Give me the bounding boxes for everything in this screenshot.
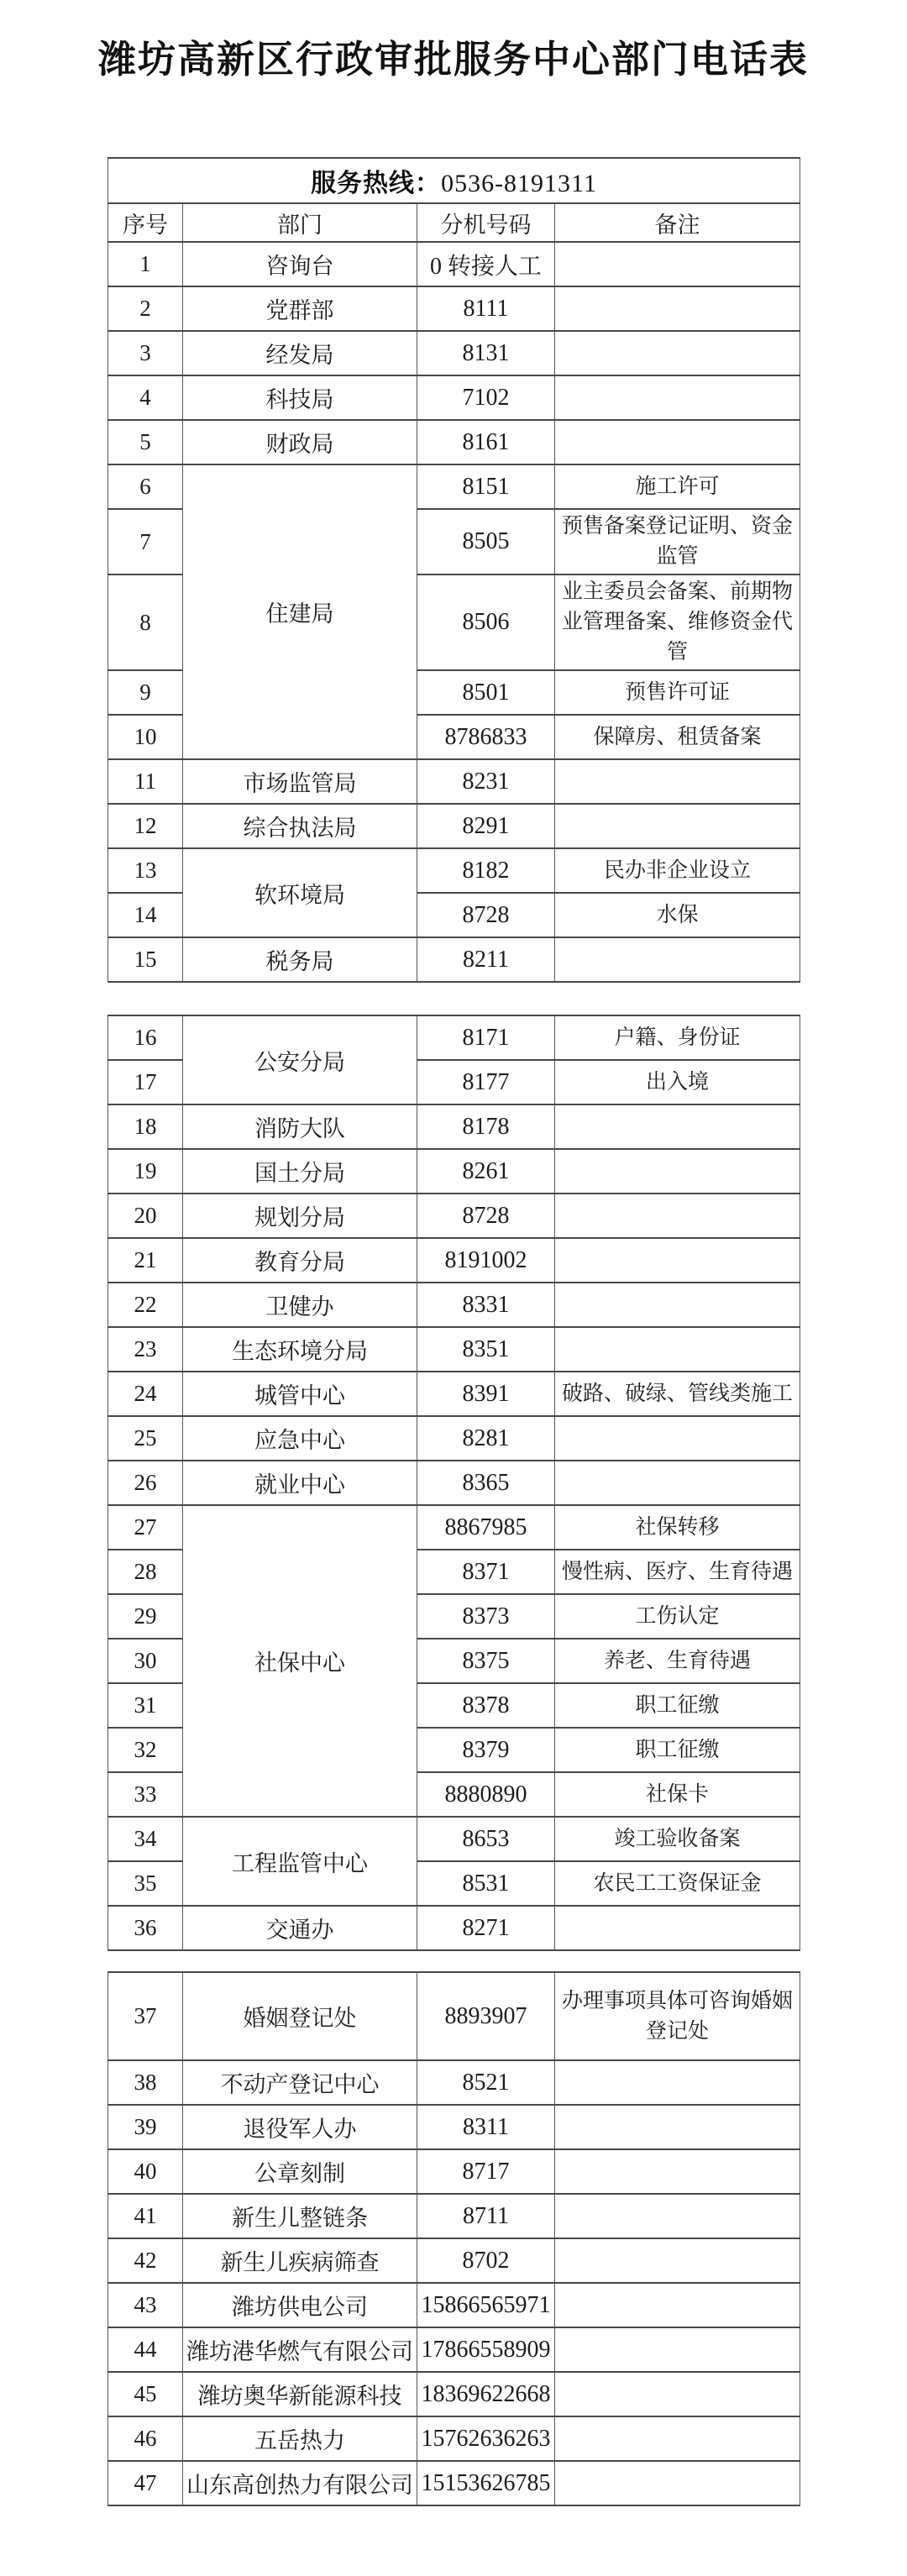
extension-cell: 15153626785 <box>417 2461 555 2505</box>
remark-cell <box>555 1238 800 1283</box>
department-cell: 婚姻登记处 <box>183 1972 417 2060</box>
remark-cell: 职工征缴 <box>555 1728 800 1772</box>
remark-cell: 工伤认定 <box>555 1594 800 1639</box>
row-number-cell: 26 <box>108 1461 183 1505</box>
department-cell: 工程监管中心 <box>183 1817 417 1906</box>
page-title: 潍坊高新区行政审批服务中心部门电话表 <box>0 29 907 83</box>
remark-cell <box>555 1104 800 1149</box>
table-row: 38不动产登记中心8521 <box>108 2060 800 2105</box>
table-row: 36交通办8271 <box>108 1906 800 1950</box>
row-number-cell: 9 <box>108 670 183 715</box>
row-number-cell: 17 <box>108 1060 183 1104</box>
table-row: 47山东高创热力有限公司15153626785 <box>108 2461 800 2505</box>
remark-cell <box>555 1283 800 1327</box>
table-row: 45潍坊奥华新能源科技18369622668 <box>108 2372 800 2416</box>
remark-cell <box>555 1149 800 1194</box>
row-number-cell: 47 <box>108 2461 183 2505</box>
remark-cell: 业主委员会备案、前期物业管理备案、维修资金代管 <box>555 574 800 670</box>
extension-cell: 8151 <box>417 464 555 509</box>
extension-cell: 18369622668 <box>417 2372 555 2416</box>
extension-cell: 8378 <box>417 1683 555 1728</box>
remark-cell <box>555 2327 800 2372</box>
row-number-cell: 23 <box>108 1327 183 1372</box>
phone-table-block-1: 服务热线：0536-8191311 序号 部门 分机号码 备注 1咨询台0 转接… <box>107 157 800 983</box>
extension-cell: 8391 <box>417 1372 555 1416</box>
table-row: 43潍坊供电公司15866565971 <box>108 2283 800 2327</box>
department-cell: 党群部 <box>183 286 417 331</box>
remark-cell: 保障房、租赁备案 <box>555 715 800 759</box>
hotline-number: 0536-8191311 <box>441 170 597 197</box>
row-number-cell: 11 <box>108 759 183 804</box>
extension-cell: 8191002 <box>417 1238 555 1283</box>
department-cell: 应急中心 <box>183 1416 417 1461</box>
row-number-cell: 6 <box>108 464 183 509</box>
remark-cell <box>555 937 800 982</box>
row-number-cell: 12 <box>108 804 183 848</box>
table-row: 22卫健办8331 <box>108 1283 800 1327</box>
extension-cell: 8111 <box>417 286 555 331</box>
row-number-cell: 19 <box>108 1149 183 1194</box>
department-cell: 不动产登记中心 <box>183 2060 417 2105</box>
row-number-cell: 20 <box>108 1194 183 1238</box>
row-number-cell: 10 <box>108 715 183 759</box>
department-cell: 新生儿整链条 <box>183 2194 417 2238</box>
remark-cell <box>555 242 800 286</box>
remark-cell <box>555 2149 800 2194</box>
hotline-row: 服务热线：0536-8191311 <box>108 158 800 203</box>
extension-cell: 8717 <box>417 2149 555 2194</box>
row-number-cell: 33 <box>108 1772 183 1817</box>
remark-cell <box>555 420 800 464</box>
extension-cell: 8281 <box>417 1416 555 1461</box>
remark-cell: 破路、破绿、管线类施工 <box>555 1372 800 1416</box>
extension-cell: 8506 <box>417 574 555 670</box>
block-divider <box>107 1951 800 1971</box>
row-number-cell: 14 <box>108 893 183 937</box>
table-row: 44潍坊港华燃气有限公司17866558909 <box>108 2327 800 2372</box>
remark-cell <box>555 286 800 331</box>
extension-cell: 17866558909 <box>417 2327 555 2372</box>
remark-cell: 民办非企业设立 <box>555 848 800 893</box>
row-number-cell: 16 <box>108 1015 183 1060</box>
extension-cell: 8505 <box>417 509 555 574</box>
extension-cell: 7102 <box>417 375 555 420</box>
remark-cell <box>555 2416 800 2461</box>
row-number-cell: 45 <box>108 2372 183 2416</box>
department-cell: 退役军人办 <box>183 2105 417 2149</box>
department-cell: 潍坊奥华新能源科技 <box>183 2372 417 2416</box>
extension-cell: 8182 <box>417 848 555 893</box>
row-number-cell: 40 <box>108 2149 183 2194</box>
extension-cell: 8261 <box>417 1149 555 1194</box>
table-row: 6住建局8151施工许可 <box>108 464 800 509</box>
department-cell: 综合执法局 <box>183 804 417 848</box>
extension-cell: 8379 <box>417 1728 555 1772</box>
table-row: 3经发局8131 <box>108 331 800 375</box>
extension-cell: 8702 <box>417 2238 555 2283</box>
table-row: 11市场监管局8231 <box>108 759 800 804</box>
table-row: 46五岳热力15762636263 <box>108 2416 800 2461</box>
extension-cell: 8178 <box>417 1104 555 1149</box>
department-cell: 卫健办 <box>183 1283 417 1327</box>
department-cell: 住建局 <box>183 464 417 759</box>
row-number-cell: 27 <box>108 1505 183 1550</box>
remark-cell <box>555 375 800 420</box>
row-number-cell: 18 <box>108 1104 183 1149</box>
department-cell: 潍坊港华燃气有限公司 <box>183 2327 417 2372</box>
extension-cell: 8171 <box>417 1015 555 1060</box>
table-row: 19国土分局8261 <box>108 1149 800 1194</box>
col-header-no: 序号 <box>108 203 183 242</box>
table-row: 18消防大队8178 <box>108 1104 800 1149</box>
department-cell: 新生儿疾病筛查 <box>183 2238 417 2283</box>
row-number-cell: 25 <box>108 1416 183 1461</box>
remark-cell: 养老、生育待遇 <box>555 1639 800 1683</box>
extension-cell: 8867985 <box>417 1505 555 1550</box>
remark-cell <box>555 1906 800 1950</box>
table-row: 23生态环境分局8351 <box>108 1327 800 1372</box>
extension-cell: 8351 <box>417 1327 555 1372</box>
table-row: 13软环境局8182民办非企业设立 <box>108 848 800 893</box>
remark-cell: 出入境 <box>555 1060 800 1104</box>
row-number-cell: 44 <box>108 2327 183 2372</box>
row-number-cell: 22 <box>108 1283 183 1327</box>
department-cell: 城管中心 <box>183 1372 417 1416</box>
extension-cell: 8131 <box>417 331 555 375</box>
department-cell: 生态环境分局 <box>183 1327 417 1372</box>
col-header-ext: 分机号码 <box>417 203 555 242</box>
remark-cell <box>555 1327 800 1372</box>
extension-cell: 0 转接人工 <box>417 242 555 286</box>
row-number-cell: 28 <box>108 1550 183 1594</box>
col-header-dept: 部门 <box>183 203 417 242</box>
table-row: 40公章刻制8717 <box>108 2149 800 2194</box>
department-cell: 山东高创热力有限公司 <box>183 2461 417 2505</box>
extension-cell: 8501 <box>417 670 555 715</box>
extension-cell: 8728 <box>417 893 555 937</box>
extension-cell: 8177 <box>417 1060 555 1104</box>
department-cell: 科技局 <box>183 375 417 420</box>
remark-cell <box>555 331 800 375</box>
row-number-cell: 43 <box>108 2283 183 2327</box>
remark-cell: 预售备案登记证明、资金监管 <box>555 509 800 574</box>
table-row: 34工程监管中心8653竣工验收备案 <box>108 1817 800 1861</box>
remark-cell <box>555 1461 800 1505</box>
row-number-cell: 39 <box>108 2105 183 2149</box>
row-number-cell: 35 <box>108 1861 183 1906</box>
row-number-cell: 37 <box>108 1972 183 2060</box>
table-row: 2党群部8111 <box>108 286 800 331</box>
row-number-cell: 34 <box>108 1817 183 1861</box>
department-cell: 税务局 <box>183 937 417 982</box>
extension-cell: 15866565971 <box>417 2283 555 2327</box>
table-row: 42新生儿疾病筛查8702 <box>108 2238 800 2283</box>
department-cell: 国土分局 <box>183 1149 417 1194</box>
department-cell: 市场监管局 <box>183 759 417 804</box>
table-row: 37婚姻登记处8893907办理事项具体可咨询婚姻登记处 <box>108 1972 800 2060</box>
department-cell: 教育分局 <box>183 1238 417 1283</box>
table-row: 39退役军人办8311 <box>108 2105 800 2149</box>
remark-cell <box>555 2372 800 2416</box>
block-divider <box>107 983 800 1015</box>
remark-cell: 社保卡 <box>555 1772 800 1817</box>
department-cell: 社保中心 <box>183 1505 417 1817</box>
extension-cell: 8161 <box>417 420 555 464</box>
remark-cell <box>555 2060 800 2105</box>
col-header-remark: 备注 <box>555 203 800 242</box>
table-row: 27社保中心8867985社保转移 <box>108 1505 800 1550</box>
table-row: 12综合执法局8291 <box>108 804 800 848</box>
row-number-cell: 36 <box>108 1906 183 1950</box>
extension-cell: 8375 <box>417 1639 555 1683</box>
row-number-cell: 29 <box>108 1594 183 1639</box>
department-cell: 五岳热力 <box>183 2416 417 2461</box>
phone-table-block-3: 37婚姻登记处8893907办理事项具体可咨询婚姻登记处38不动产登记中心852… <box>107 1971 800 2506</box>
extension-cell: 8231 <box>417 759 555 804</box>
table-row: 1咨询台0 转接人工 <box>108 242 800 286</box>
row-number-cell: 31 <box>108 1683 183 1728</box>
department-cell: 消防大队 <box>183 1104 417 1149</box>
extension-cell: 8711 <box>417 2194 555 2238</box>
remark-cell <box>555 2194 800 2238</box>
department-cell: 公安分局 <box>183 1015 417 1104</box>
department-cell: 公章刻制 <box>183 2149 417 2194</box>
row-number-cell: 2 <box>108 286 183 331</box>
table-row: 20规划分局8728 <box>108 1194 800 1238</box>
department-cell: 软环境局 <box>183 848 417 937</box>
row-number-cell: 15 <box>108 937 183 982</box>
row-number-cell: 21 <box>108 1238 183 1283</box>
department-cell: 潍坊供电公司 <box>183 2283 417 2327</box>
remark-cell: 施工许可 <box>555 464 800 509</box>
row-number-cell: 13 <box>108 848 183 893</box>
row-number-cell: 5 <box>108 420 183 464</box>
remark-cell: 慢性病、医疗、生育待遇 <box>555 1550 800 1594</box>
row-number-cell: 38 <box>108 2060 183 2105</box>
extension-cell: 8728 <box>417 1194 555 1238</box>
extension-cell: 8291 <box>417 804 555 848</box>
document-page: 潍坊高新区行政审批服务中心部门电话表 服务热线：0536-8191311 序号 … <box>0 29 907 2506</box>
remark-cell <box>555 1194 800 1238</box>
remark-cell: 农民工工资保证金 <box>555 1861 800 1906</box>
extension-cell: 8311 <box>417 2105 555 2149</box>
hotline-label: 服务热线： <box>311 170 441 197</box>
extension-cell: 8331 <box>417 1283 555 1327</box>
remark-cell <box>555 804 800 848</box>
remark-cell: 社保转移 <box>555 1505 800 1550</box>
extension-cell: 8271 <box>417 1906 555 1950</box>
department-cell: 交通办 <box>183 1906 417 1950</box>
row-number-cell: 30 <box>108 1639 183 1683</box>
extension-cell: 8373 <box>417 1594 555 1639</box>
department-cell: 咨询台 <box>183 242 417 286</box>
department-cell: 经发局 <box>183 331 417 375</box>
remark-cell <box>555 2105 800 2149</box>
row-number-cell: 46 <box>108 2416 183 2461</box>
table-row: 24城管中心8391破路、破绿、管线类施工 <box>108 1372 800 1416</box>
extension-cell: 8786833 <box>417 715 555 759</box>
table-row: 41新生儿整链条8711 <box>108 2194 800 2238</box>
extension-cell: 8531 <box>417 1861 555 1906</box>
extension-cell: 8653 <box>417 1817 555 1861</box>
table-row: 5财政局8161 <box>108 420 800 464</box>
table-row: 21教育分局8191002 <box>108 1238 800 1283</box>
extension-cell: 8371 <box>417 1550 555 1594</box>
row-number-cell: 32 <box>108 1728 183 1772</box>
table-row: 26就业中心8365 <box>108 1461 800 1505</box>
row-number-cell: 42 <box>108 2238 183 2283</box>
row-number-cell: 8 <box>108 574 183 670</box>
department-cell: 财政局 <box>183 420 417 464</box>
row-number-cell: 41 <box>108 2194 183 2238</box>
hotline-cell: 服务热线：0536-8191311 <box>108 158 800 203</box>
remark-cell <box>555 759 800 804</box>
row-number-cell: 4 <box>108 375 183 420</box>
remark-cell: 竣工验收备案 <box>555 1817 800 1861</box>
remark-cell: 预售许可证 <box>555 670 800 715</box>
extension-cell: 8880890 <box>417 1772 555 1817</box>
department-cell: 规划分局 <box>183 1194 417 1238</box>
row-number-cell: 3 <box>108 331 183 375</box>
remark-cell <box>555 2283 800 2327</box>
column-header-row: 序号 部门 分机号码 备注 <box>108 203 800 242</box>
table-row: 25应急中心8281 <box>108 1416 800 1461</box>
remark-cell: 户籍、身份证 <box>555 1015 800 1060</box>
extension-cell: 8893907 <box>417 1972 555 2060</box>
phone-table-block-2: 16公安分局8171户籍、身份证178177出入境18消防大队817819国土分… <box>107 1015 800 1951</box>
row-number-cell: 24 <box>108 1372 183 1416</box>
remark-cell <box>555 2461 800 2505</box>
row-number-cell: 7 <box>108 509 183 574</box>
extension-cell: 8521 <box>417 2060 555 2105</box>
extension-cell: 15762636263 <box>417 2416 555 2461</box>
remark-cell <box>555 1416 800 1461</box>
phone-table-area: 服务热线：0536-8191311 序号 部门 分机号码 备注 1咨询台0 转接… <box>107 157 800 2506</box>
table-row: 4科技局7102 <box>108 375 800 420</box>
remark-cell: 水保 <box>555 893 800 937</box>
remark-cell <box>555 2238 800 2283</box>
table-row: 16公安分局8171户籍、身份证 <box>108 1015 800 1060</box>
row-number-cell: 1 <box>108 242 183 286</box>
department-cell: 就业中心 <box>183 1461 417 1505</box>
remark-cell: 职工征缴 <box>555 1683 800 1728</box>
extension-cell: 8211 <box>417 937 555 982</box>
table-row: 15税务局8211 <box>108 937 800 982</box>
remark-cell: 办理事项具体可咨询婚姻登记处 <box>555 1972 800 2060</box>
extension-cell: 8365 <box>417 1461 555 1505</box>
